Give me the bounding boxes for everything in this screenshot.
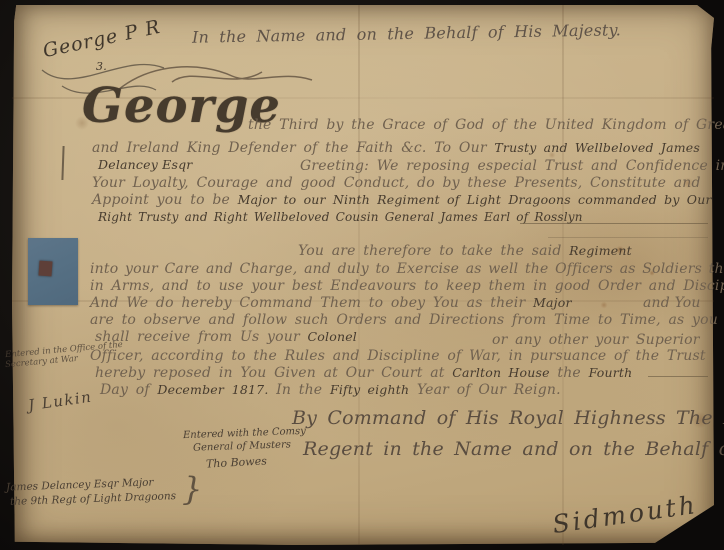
para1-line2-engraved: and Ireland King Defender of the Faith &… — [92, 140, 487, 156]
para2-line9: Day of December 1817. In the Fifty eight… — [100, 382, 561, 398]
para2-line6: shall receive from Us your Colonel — [95, 329, 357, 345]
para2-line9-engraved3: Year of Our Reign. — [417, 382, 561, 398]
para2-line9-inserted1: December — [157, 382, 224, 397]
para1-line2-inserted: Trusty and Wellbeloved James — [494, 140, 700, 155]
para2-line9-inserted3: Fifty eighth — [330, 382, 409, 397]
para2-line8-engraved1: hereby reposed in You Given at Our Court… — [95, 365, 445, 381]
revenue-stamp — [28, 238, 78, 305]
para2-line3: in Arms, and to use your best Endeavours… — [90, 278, 724, 294]
ruled-line-2 — [548, 237, 708, 238]
para2-line9-engraved2: In the — [276, 382, 322, 398]
para2-line1-inserted: Regiment — [569, 243, 632, 258]
closing-line1: By Command of His Royal Highness The Pri… — [292, 407, 724, 429]
embossed-seal — [38, 261, 52, 277]
para2-line6-tail: or any other your Superior — [492, 332, 700, 348]
document-scan: George P R 3. In the Name and on the Beh… — [0, 0, 724, 550]
para1-line1: the Third by the Grace of God of the Uni… — [248, 117, 724, 133]
para2-line7: Officer, according to the Rules and Disc… — [90, 348, 706, 364]
ruled-line-1 — [520, 223, 708, 224]
para2-line2: into your Care and Charge, and duly to E… — [90, 261, 724, 277]
para2-line8-inserted1: Carlton House — [452, 365, 549, 380]
ruled-line-3 — [648, 376, 708, 377]
para2-line5: are to observe and follow such Orders an… — [90, 312, 718, 328]
para1-line5-inserted: Major to our Ninth Regiment of Light Dra… — [238, 192, 712, 207]
closing-line2: Regent in the Name and on the Behalf of … — [303, 438, 724, 460]
para2-line6-inserted: Colonel — [308, 329, 357, 344]
para2-line9-engraved1: Day of — [100, 382, 150, 398]
para1-line6-inserted: Right Trusty and Right Wellbeloved Cousi… — [98, 210, 583, 224]
para2-line1: You are therefore to take the said Regim… — [298, 243, 632, 259]
para2-line4: And We do hereby Command Them to obey Yo… — [90, 295, 572, 311]
para2-line8-inserted2: Fourth — [589, 365, 633, 380]
para1-line5-engraved: Appoint you to be — [92, 192, 230, 208]
para1-line3-engraved: Greeting: We reposing especial Trust and… — [300, 158, 724, 174]
para2-line8: hereby reposed in You Given at Our Court… — [95, 365, 632, 381]
para1-line3-inserted: Delancey Esqr — [98, 157, 192, 172]
addressee-brace: } — [182, 470, 202, 508]
para1-line5: Appoint you to be Major to our Ninth Reg… — [92, 192, 712, 208]
para2-line4-engraved: And We do hereby Command Them to obey Yo… — [90, 295, 525, 311]
para1-line4: Your Loyalty, Courage and good Conduct, … — [92, 175, 701, 191]
para2-line4-inserted: Major — [533, 295, 572, 310]
para2-line8-engraved2: the — [557, 365, 581, 381]
sign-manual-mark: 3. — [96, 60, 107, 73]
para2-line9-inserted2: 1817. — [232, 382, 269, 397]
para2-line6-engraved: shall receive from Us your — [95, 329, 300, 345]
para1-line2: and Ireland King Defender of the Faith &… — [92, 140, 700, 156]
para2-line1-engraved: You are therefore to take the said — [298, 243, 561, 259]
para2-line4-tail: and You — [643, 295, 701, 311]
